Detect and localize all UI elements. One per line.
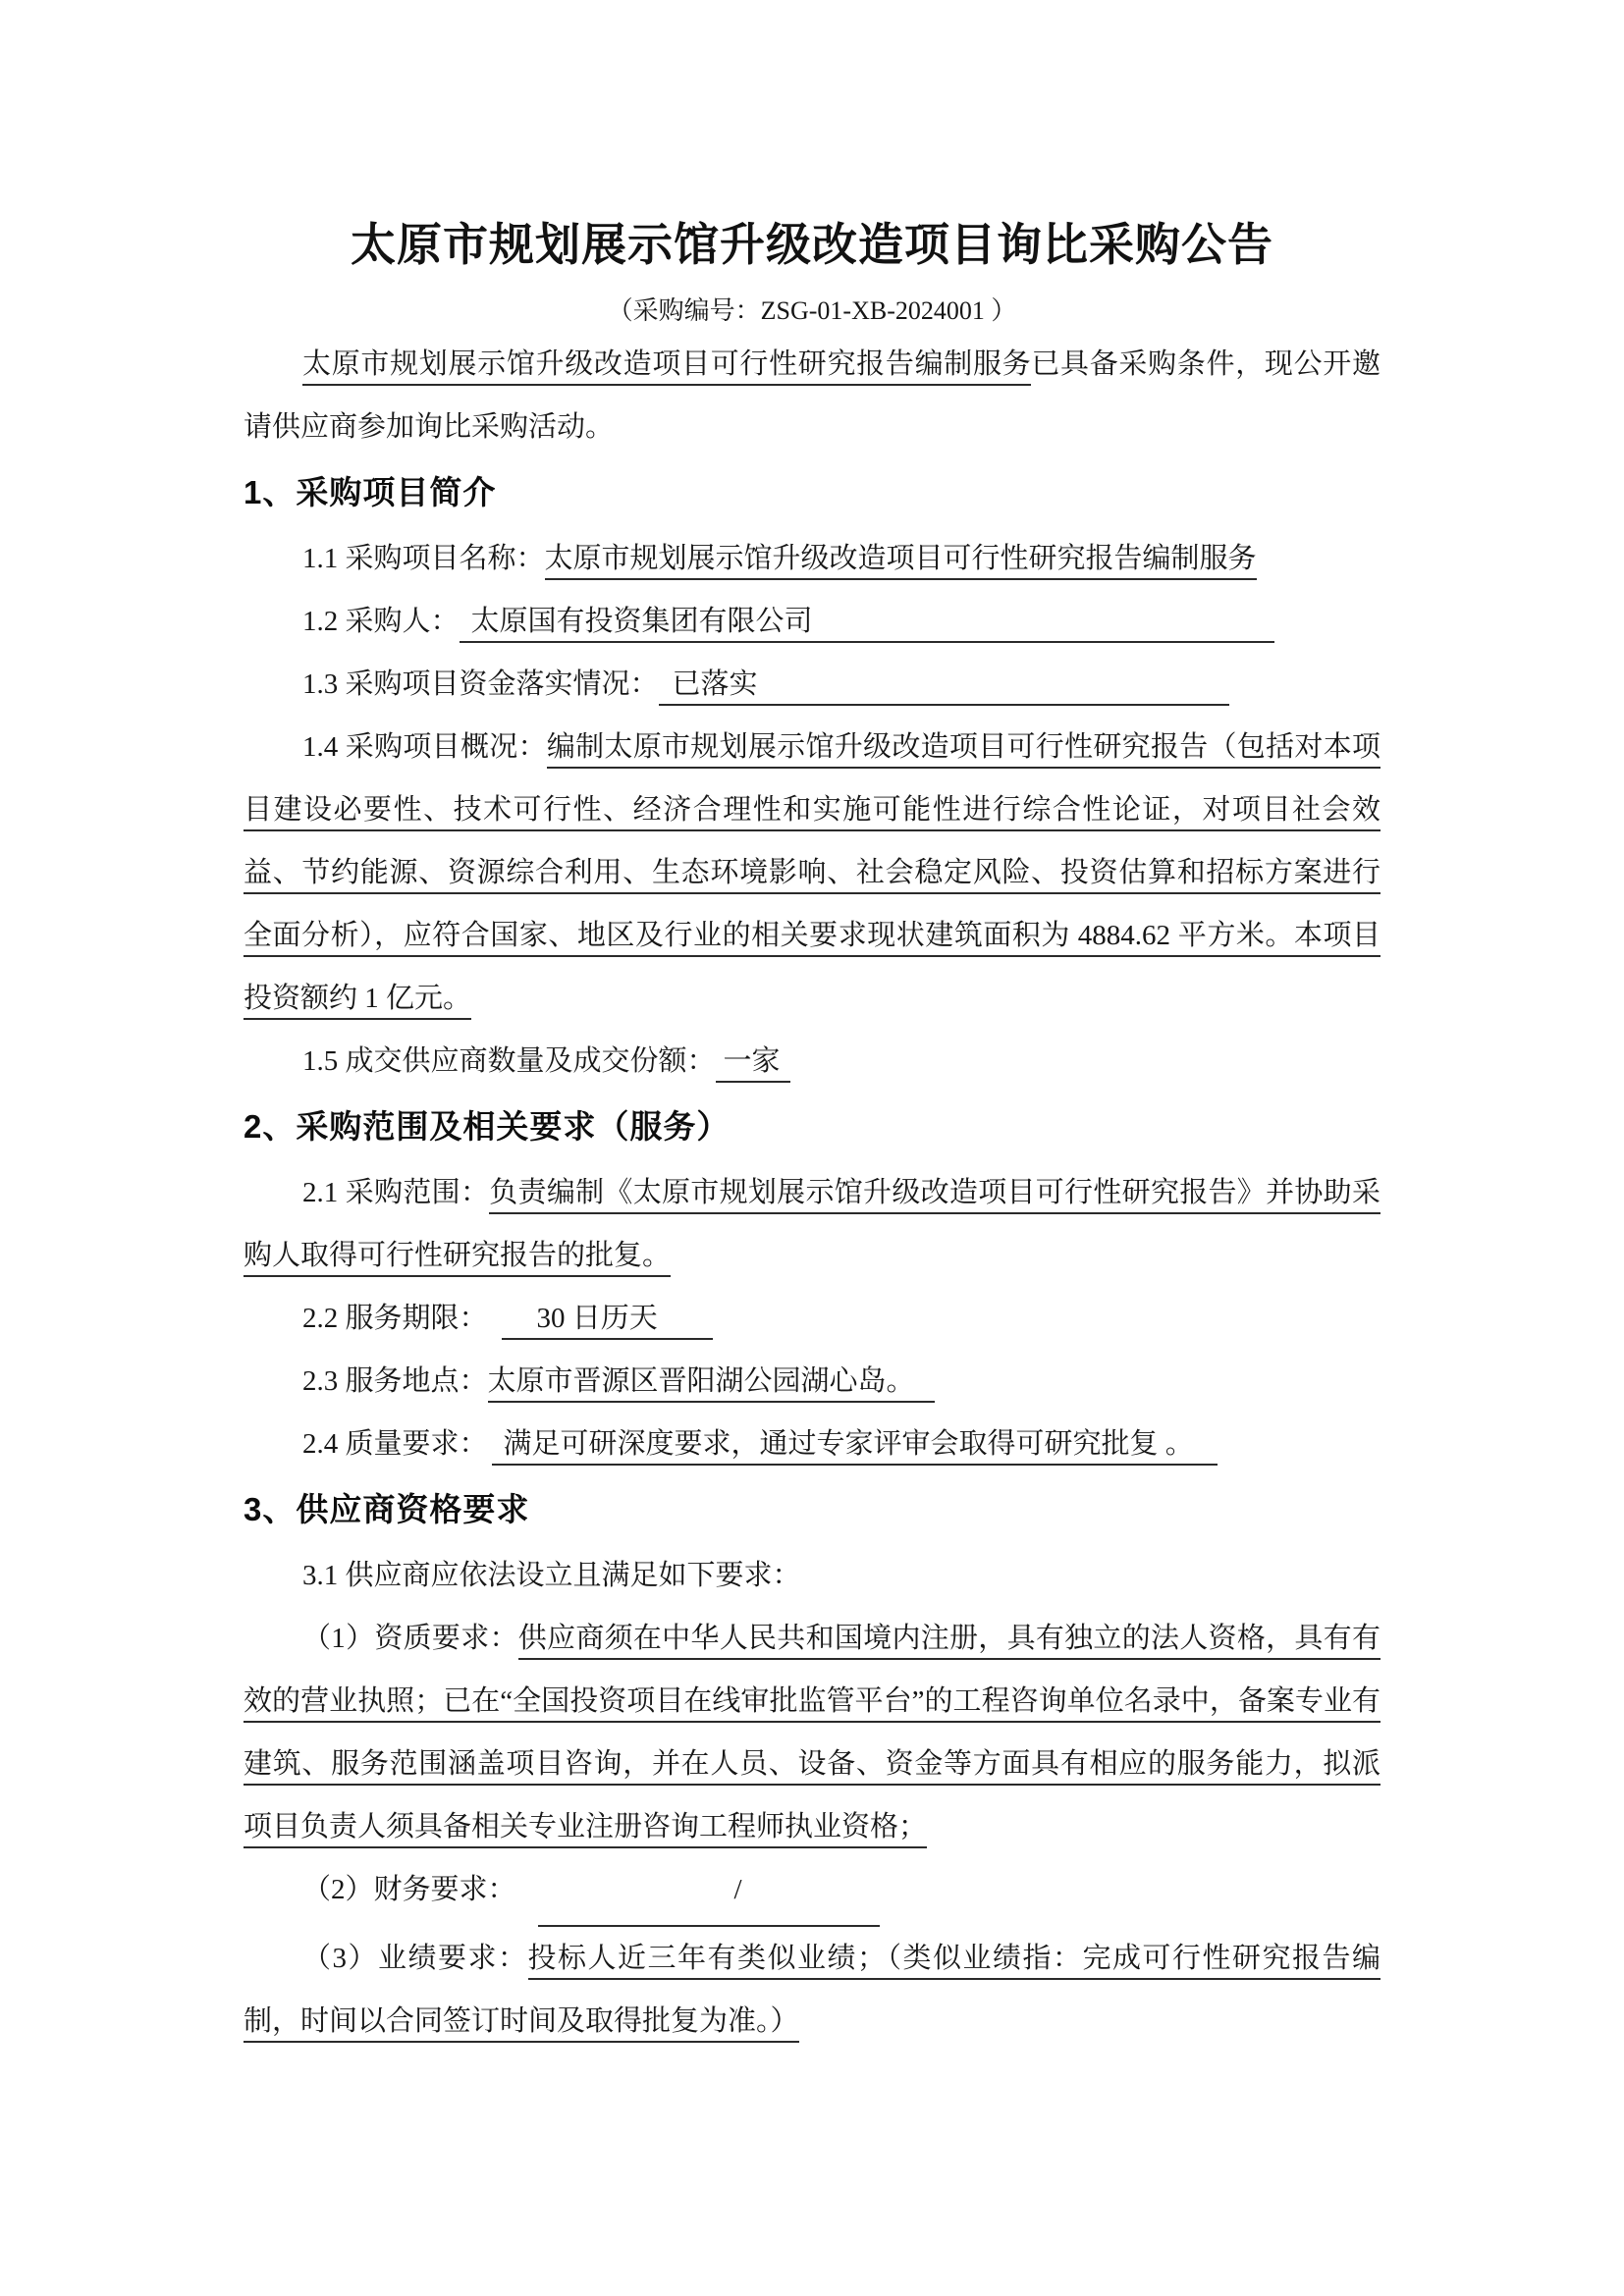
financial-slash-value: / [733, 1874, 741, 1905]
clause-2-2-value: 30 日历天 [502, 1303, 713, 1340]
clause-3-1-text: 3.1 供应商应依法设立且满足如下要求： [302, 1560, 801, 1591]
clause-2-1-label: 2.1 采购范围： [302, 1177, 489, 1208]
clause-1-3: 1.3 采购项目资金落实情况：已落实 [244, 653, 1380, 716]
clause-1-5: 1.5 成交供应商数量及成交份额：一家 [244, 1030, 1380, 1093]
procurement-number: （采购编号：ZSG-01-XB-2024001 ） [244, 290, 1380, 333]
clause-2-4: 2.4 质量要求：满足可研深度要求，通过专家评审会取得可研究批复 。 [244, 1413, 1380, 1475]
clause-1-4-label: 1.4 采购项目概况： [302, 731, 547, 763]
performance-label: （3）业绩要求： [302, 1943, 528, 1974]
clause-2-2: 2.2 服务期限：30 日历天 [244, 1287, 1380, 1350]
document-title: 太原市规划展示馆升级改造项目询比采购公告 [244, 201, 1380, 290]
intro-underlined-text: 太原市规划展示馆升级改造项目可行性研究报告编制服务 [302, 348, 1031, 386]
clause-1-1-value: 太原市规划展示馆升级改造项目可行性研究报告编制服务 [545, 543, 1257, 580]
document-page: 太原市规划展示馆升级改造项目询比采购公告 （采购编号：ZSG-01-XB-202… [0, 0, 1624, 2296]
clause-1-2-value: 太原国有投资集团有限公司 [460, 606, 1274, 643]
clause-2-1: 2.1 采购范围：负责编制《太原市规划展示馆升级改造项目可行性研究报告》并协助采… [244, 1161, 1380, 1287]
clause-2-2-label: 2.2 服务期限： [302, 1303, 488, 1334]
clause-2-3-value: 太原市晋源区晋阳湖公园湖心岛。 [488, 1365, 935, 1403]
section-3-heading: 3、供应商资格要求 [244, 1475, 1380, 1544]
clause-1-1-label: 1.1 采购项目名称： [302, 543, 545, 574]
clause-2-3: 2.3 服务地点：太原市晋源区晋阳湖公园湖心岛。 [244, 1350, 1380, 1413]
clause-3-1: 3.1 供应商应依法设立且满足如下要求： [244, 1544, 1380, 1607]
clause-1-4: 1.4 采购项目概况：编制太原市规划展示馆升级改造项目可行性研究报告（包括对本项… [244, 716, 1380, 1030]
clause-2-3-label: 2.3 服务地点： [302, 1365, 488, 1397]
qualification-requirement: （1）资质要求：供应商须在中华人民共和国境内注册，具有独立的法人资格，具有有效的… [244, 1607, 1380, 1858]
clause-1-5-label: 1.5 成交供应商数量及成交份额： [302, 1045, 716, 1077]
section-1-heading: 1、采购项目简介 [244, 458, 1380, 527]
clause-2-4-value: 满足可研深度要求，通过专家评审会取得可研究批复 。 [492, 1428, 1218, 1466]
financial-blank-line: / [538, 1858, 880, 1927]
qualification-value: 供应商须在中华人民共和国境内注册，具有独立的法人资格，具有有效的营业执照；已在“… [244, 1623, 1380, 1848]
clause-1-1: 1.1 采购项目名称：太原市规划展示馆升级改造项目可行性研究报告编制服务 [244, 527, 1380, 590]
clause-1-2: 1.2 采购人：太原国有投资集团有限公司 [244, 590, 1380, 653]
clause-1-3-value: 已落实 [659, 668, 1229, 706]
qualification-label: （1）资质要求： [302, 1623, 518, 1654]
clause-1-2-label: 1.2 采购人： [302, 606, 460, 637]
financial-requirement: （2）财务要求：/ [244, 1858, 1380, 1927]
clause-1-4-value: 编制太原市规划展示馆升级改造项目可行性研究报告（包括对本项目建设必要性、技术可行… [244, 731, 1380, 1020]
clause-2-4-label: 2.4 质量要求： [302, 1428, 488, 1460]
performance-requirement: （3）业绩要求：投标人近三年有类似业绩；（类似业绩指：完成可行性研究报告编制，时… [244, 1927, 1380, 2053]
clause-1-3-label: 1.3 采购项目资金落实情况： [302, 668, 659, 700]
clause-1-5-value: 一家 [716, 1045, 790, 1083]
financial-label: （2）财务要求： [302, 1874, 516, 1905]
section-2-heading: 2、采购范围及相关要求（服务） [244, 1093, 1380, 1161]
intro-paragraph: 太原市规划展示馆升级改造项目可行性研究报告编制服务已具备采购条件，现公开邀请供应… [244, 333, 1380, 458]
